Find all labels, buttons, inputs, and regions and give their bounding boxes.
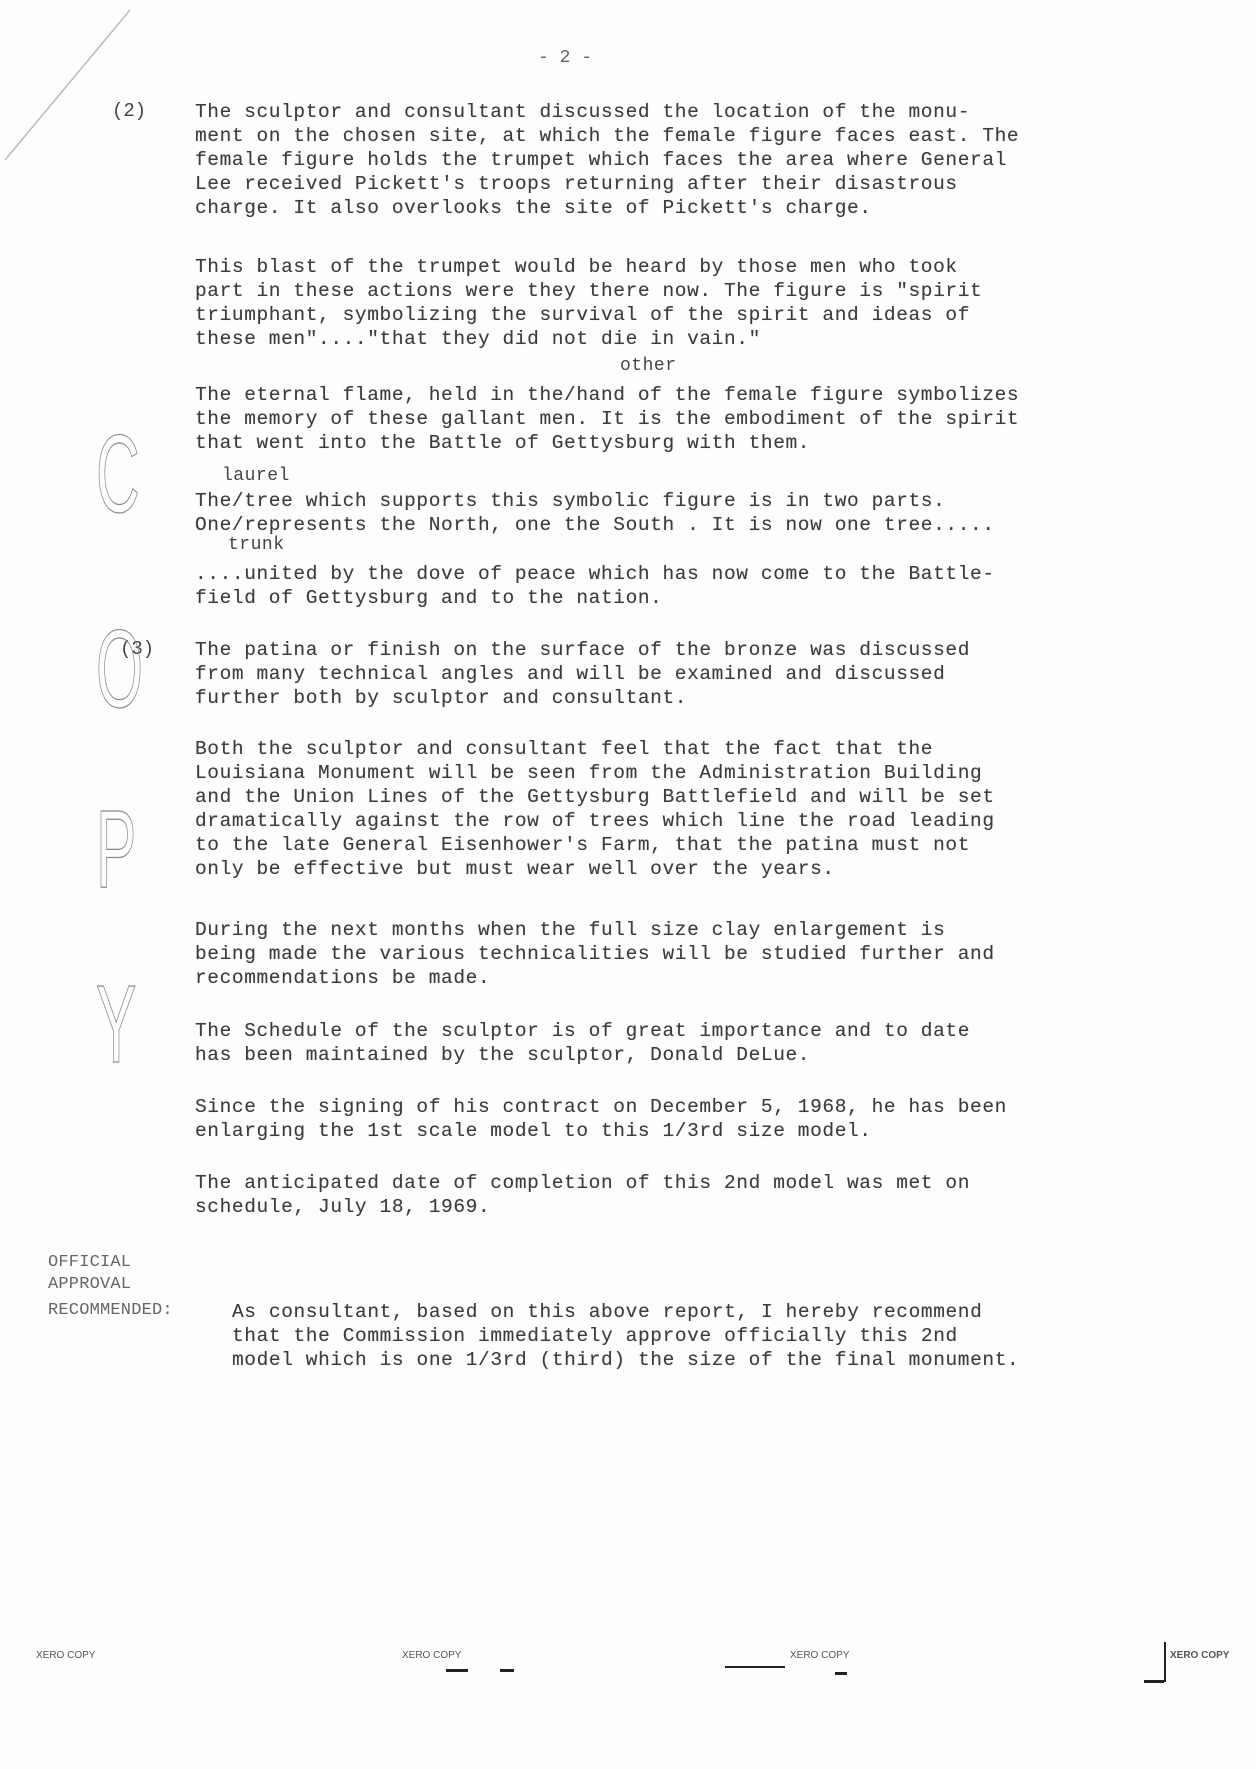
footer-stamp: XERO COPY: [790, 1650, 849, 1661]
handwritten-insert: laurel: [222, 466, 290, 486]
paragraph: The eternal flame, held in the/hand of t…: [195, 383, 1135, 455]
handwritten-insert: other: [620, 356, 677, 376]
paragraph: This blast of the trumpet would be heard…: [195, 255, 1135, 351]
footer-stamp: XERO COPY: [36, 1650, 95, 1661]
footer-rule: [835, 1672, 847, 1675]
footer-rule: [1144, 1680, 1164, 1683]
paragraph: The sculptor and consultant discussed th…: [195, 100, 1135, 220]
paragraph: During the next months when the full siz…: [195, 918, 1135, 990]
paragraph: The Schedule of the sculptor is of great…: [195, 1019, 1135, 1067]
footer-stamp: XERO COPY: [1170, 1650, 1229, 1661]
recommendation-heading: OFFICIAL: [48, 1252, 131, 1274]
paragraph: Since the signing of his contract on Dec…: [195, 1095, 1135, 1143]
footer-rule: [446, 1669, 468, 1672]
copy-stamp-letter: P: [96, 795, 118, 905]
copy-stamp-letter: Y: [96, 970, 118, 1080]
page-number: - 2 -: [538, 48, 592, 68]
paragraph: The/tree which supports this symbolic fi…: [195, 489, 1135, 537]
footer-rule: [1164, 1642, 1166, 1682]
page-fold-mark: [0, 0, 150, 170]
recommendation-heading: RECOMMENDED:: [48, 1300, 173, 1322]
paragraph: ....united by the dove of peace which ha…: [195, 562, 1135, 610]
paragraph: The patina or finish on the surface of t…: [195, 638, 1135, 710]
copy-stamp-letter: C: [96, 420, 118, 530]
footer-stamp: XERO COPY: [402, 1650, 461, 1661]
recommendation-heading: APPROVAL: [48, 1274, 131, 1296]
footer-rule: [725, 1666, 785, 1668]
footer-rule: [500, 1669, 514, 1672]
paragraph: Both the sculptor and consultant feel th…: [195, 737, 1135, 881]
document-page: - 2 - (2) The sculptor and consultant di…: [0, 0, 1256, 1769]
copy-stamp-letter: O: [96, 615, 118, 725]
recommendation-text: As consultant, based on this above repor…: [232, 1300, 1172, 1372]
paragraph: The anticipated date of completion of th…: [195, 1171, 1135, 1219]
handwritten-insert: trunk: [228, 535, 285, 555]
section-number: (2): [112, 100, 146, 122]
